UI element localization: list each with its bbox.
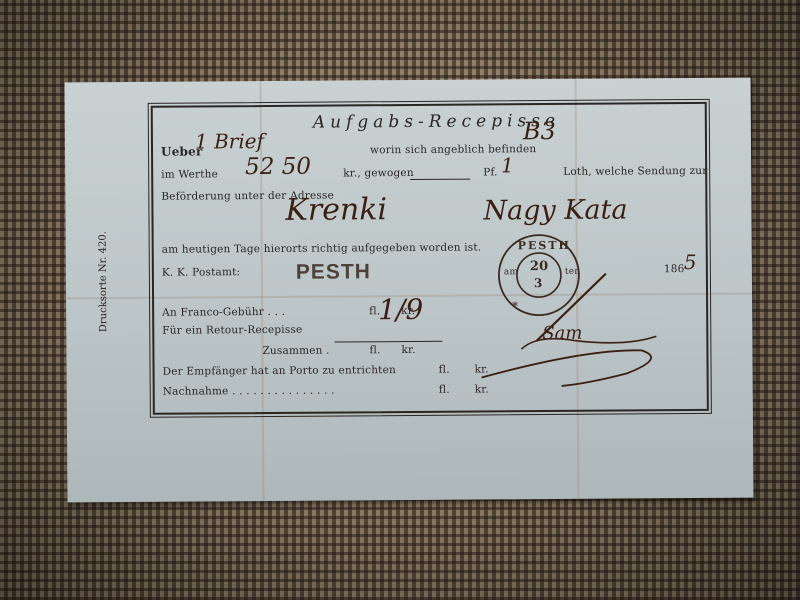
handwritten-signature: Sam: [542, 323, 582, 344]
receipt-paper: Drucksorte Nr. 420. Aufgabs-Recepisse Ue…: [65, 78, 754, 503]
signature-flourish: [65, 78, 754, 503]
